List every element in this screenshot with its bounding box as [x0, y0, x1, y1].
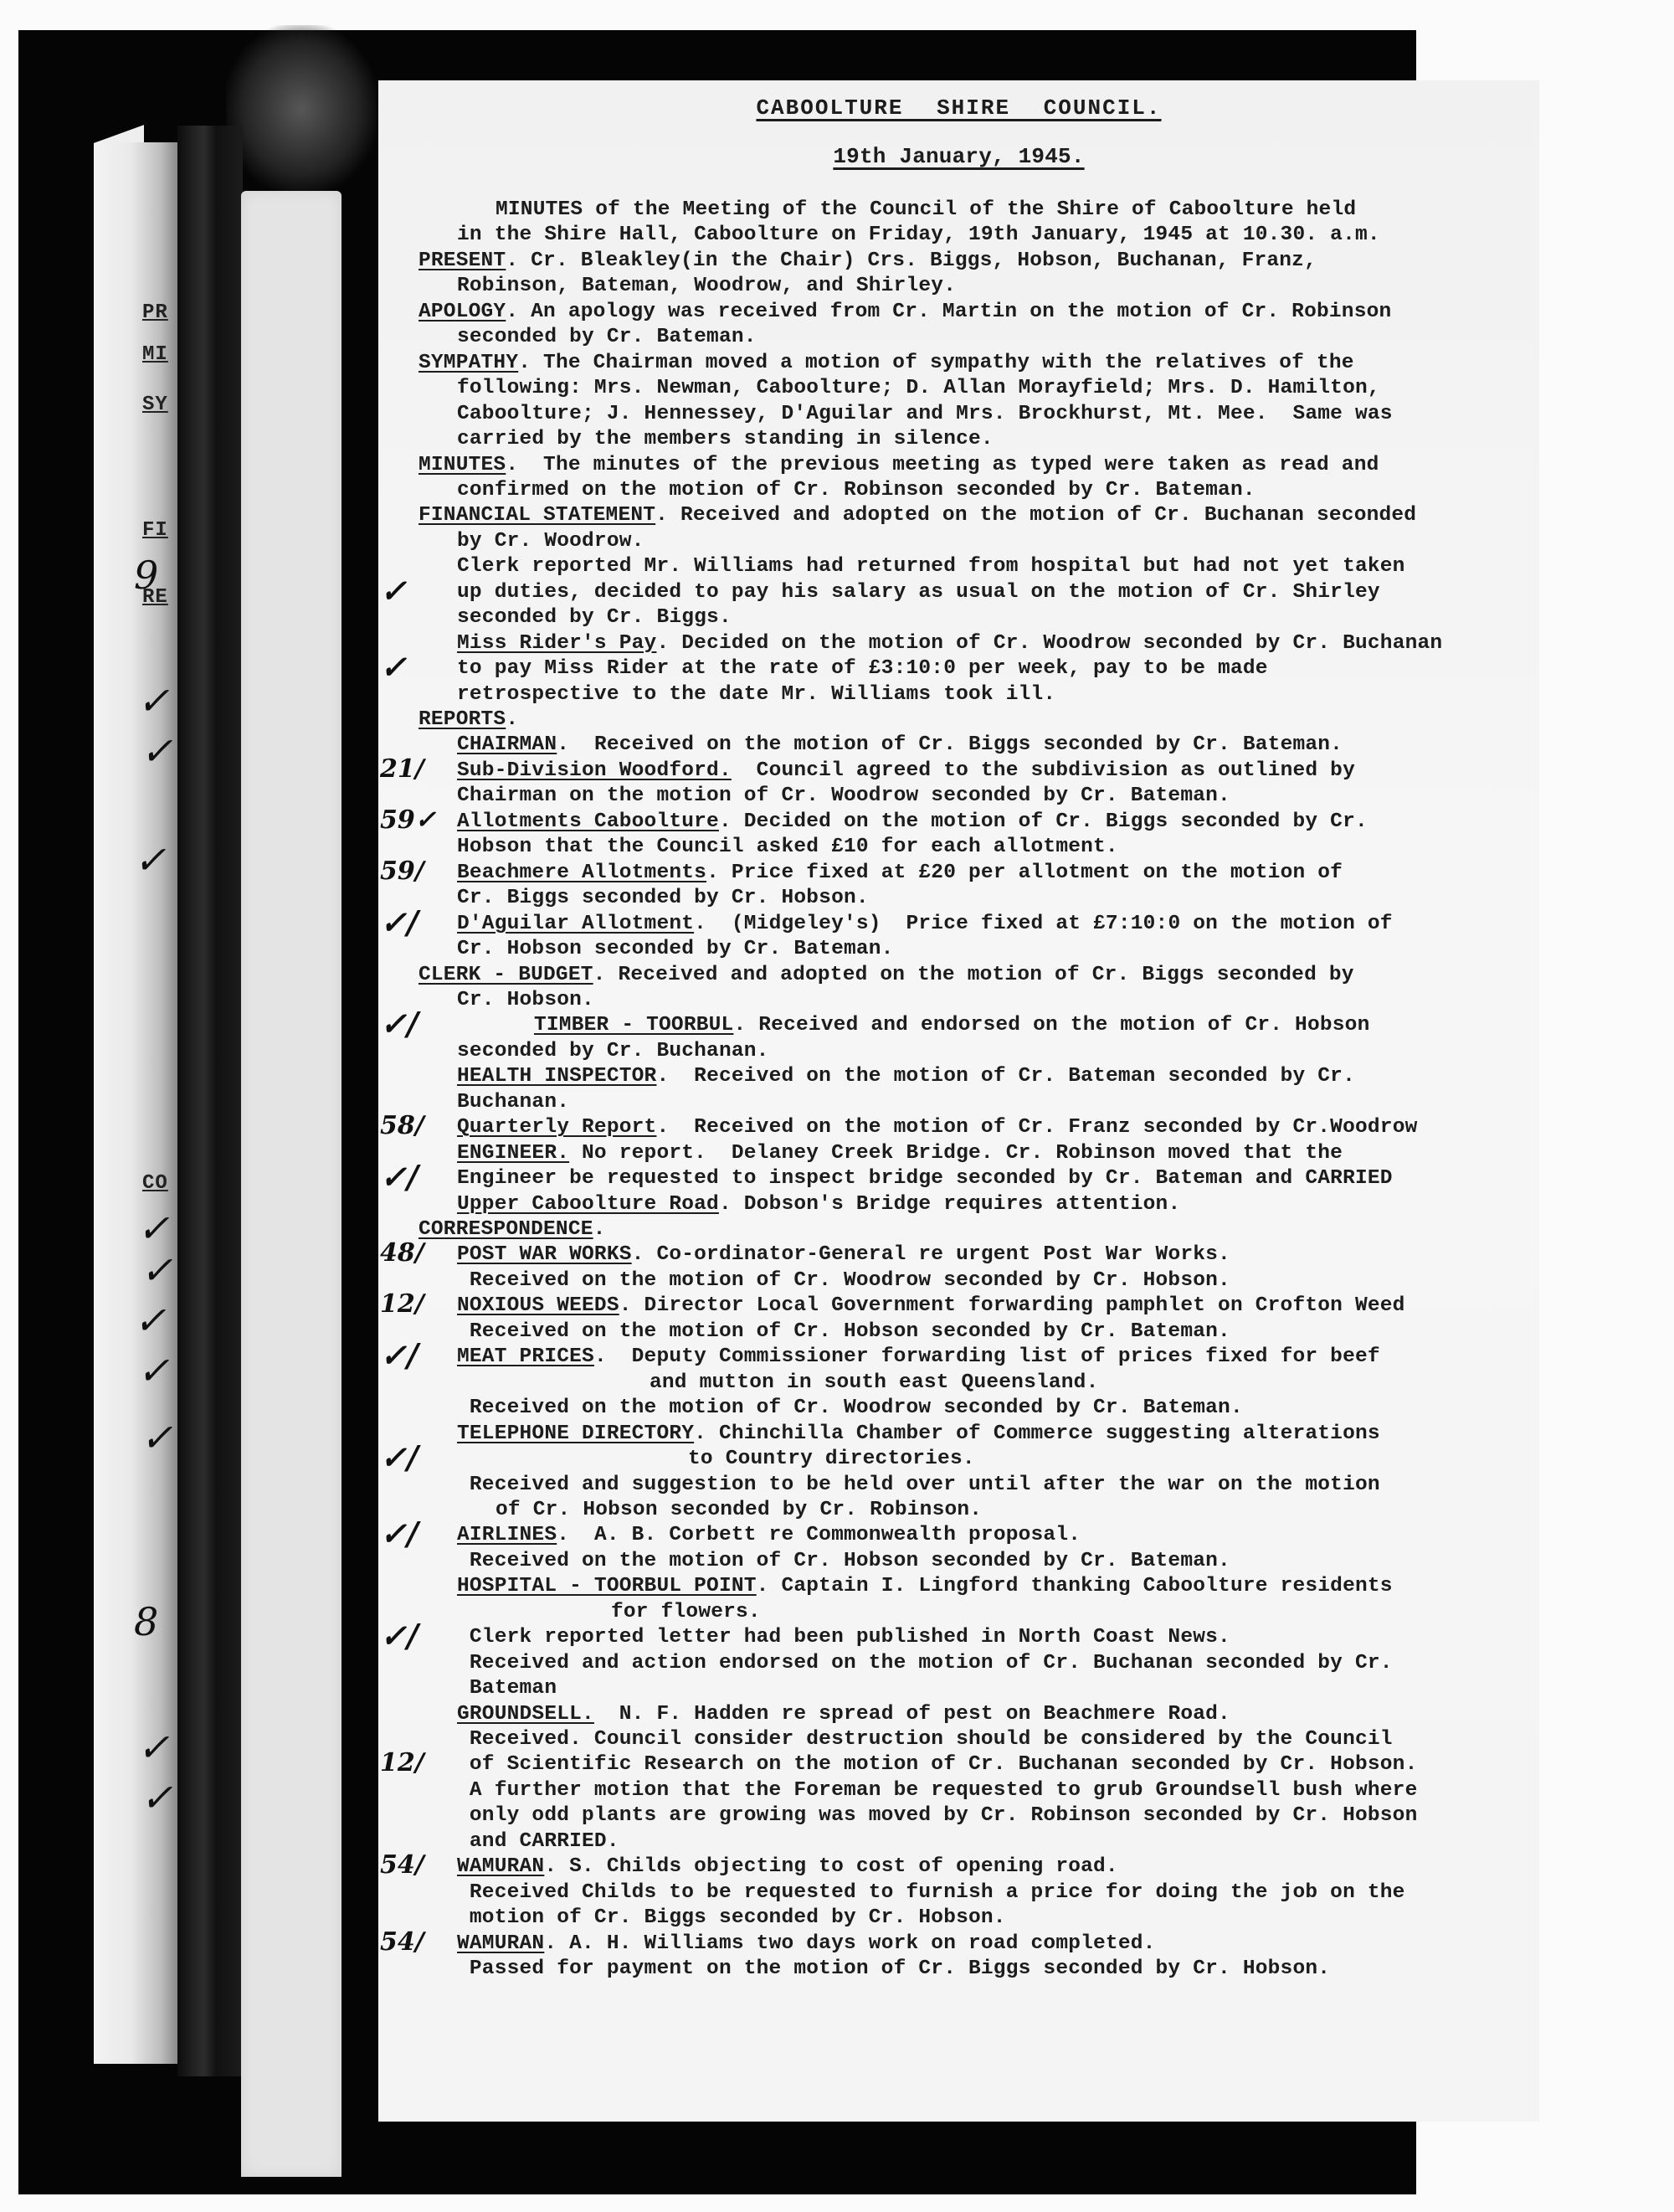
- minute-text: Cr. Hobson.: [457, 989, 594, 1011]
- minute-text-line: Received and suggestion to be held over …: [457, 1473, 1380, 1498]
- meeting-date: 19th January, 1945.: [378, 144, 1539, 169]
- underlying-heading-fragment: MI: [142, 343, 177, 366]
- minute-item-title: CHAIRMAN: [457, 733, 557, 756]
- minute-text-line: to pay Miss Rider at the rate of £3:10:0…: [457, 656, 1268, 682]
- binding-strip: [241, 191, 341, 2177]
- minute-text-line: Cr. Biggs seconded by Cr. Hobson.: [457, 886, 869, 911]
- minute-text-line: Bateman: [457, 1676, 557, 1701]
- underlying-tick-icon: ✓: [141, 1415, 173, 1460]
- handwritten-tick-icon: 54/: [380, 1926, 424, 1958]
- council-heading: CABOOLTURE SHIRE COUNCIL.: [378, 95, 1539, 121]
- handwritten-tick-icon: ✓/: [380, 1340, 418, 1371]
- minute-item-title: AIRLINES: [457, 1524, 557, 1546]
- minute-text: Received and action endorsed on the moti…: [457, 1652, 1393, 1674]
- minute-item-title: CLERK - BUDGET: [418, 964, 593, 986]
- handwritten-tick-icon: ✓/: [380, 1518, 418, 1550]
- minute-text: Robinson, Bateman, Woodrow, and Shirley.: [457, 275, 956, 297]
- council-heading-text: CABOOLTURE SHIRE COUNCIL.: [756, 95, 1161, 121]
- minute-item-title: FINANCIAL STATEMENT: [418, 504, 655, 527]
- minutes-document: CABOOLTURE SHIRE COUNCIL. 19th January, …: [378, 80, 1539, 2122]
- minute-item-title: TELEPHONE DIRECTORY: [457, 1422, 694, 1445]
- minute-text: in the Shire Hall, Caboolture on Friday,…: [457, 224, 1380, 246]
- minute-text: Cr. Biggs seconded by Cr. Hobson.: [457, 887, 869, 909]
- minute-text: Received on the motion of Cr. Hobson sec…: [457, 1320, 1230, 1343]
- minute-text: only odd plants are growing was moved by…: [457, 1804, 1417, 1827]
- minute-item-heading-line: D'Aguilar Allotment. (Midgeley's) Price …: [457, 912, 1393, 937]
- minute-item-heading-line: Upper Caboolture Road. Dobson's Bridge r…: [457, 1192, 1180, 1217]
- minute-item-title: HOSPITAL - TOORBUL POINT: [457, 1575, 757, 1597]
- minute-item-heading-line: POST WAR WORKS. Co-ordinator-General re …: [457, 1242, 1230, 1268]
- minute-item-title: REPORTS: [418, 708, 506, 731]
- minute-text: . The Chairman moved a motion of sympath…: [518, 352, 1353, 374]
- minute-item-title: CORRESPONDENCE: [418, 1218, 593, 1241]
- minute-text-line: and mutton in south east Queensland.: [650, 1371, 1099, 1396]
- minute-item-heading-line: TIMBER - TOORBUL. Received and endorsed …: [534, 1013, 1369, 1038]
- minute-item-title: SYMPATHY: [418, 352, 518, 374]
- underlying-tick-icon: ✓: [137, 1206, 170, 1251]
- minute-text: . Received on the motion of Cr. Franz se…: [656, 1116, 1417, 1139]
- minute-item-heading-line: CORRESPONDENCE.: [418, 1217, 606, 1242]
- underlying-page-strip: PRMISYFIRECO9✓✓✓✓✓✓✓✓8✓✓: [94, 142, 177, 2064]
- minute-text: Received and suggestion to be held over …: [457, 1474, 1380, 1496]
- minute-text: . Co-ordinator-General re urgent Post Wa…: [632, 1243, 1230, 1266]
- minute-item-heading-line: WAMURAN. A. H. Williams two days work on…: [457, 1932, 1156, 1957]
- minute-text: of Scientific Research on the motion of …: [457, 1753, 1417, 1776]
- minute-text-line: Engineer be requested to inspect bridge …: [457, 1166, 1393, 1191]
- minute-text-line: Cr. Hobson seconded by Cr. Bateman.: [457, 937, 894, 962]
- minute-item-title: Quarterly Report: [457, 1116, 656, 1139]
- minute-text: to Country directories.: [688, 1448, 975, 1470]
- minute-text: Cr. Hobson seconded by Cr. Bateman.: [457, 938, 894, 960]
- minute-text: seconded by Cr. Bateman.: [457, 326, 757, 348]
- minute-text: Passed for payment on the motion of Cr. …: [457, 1957, 1330, 1980]
- minute-item-heading-line: Miss Rider's Pay. Decided on the motion …: [457, 631, 1442, 656]
- underlying-heading-fragment: PR: [142, 301, 177, 324]
- minute-text-line: Received on the motion of Cr. Woodrow se…: [457, 1268, 1230, 1294]
- minute-text-line: Robinson, Bateman, Woodrow, and Shirley.: [457, 274, 956, 299]
- minute-text: . Received on the motion of Cr. Biggs se…: [557, 733, 1343, 756]
- minute-item-title: TIMBER - TOORBUL: [534, 1014, 733, 1037]
- handwritten-tick-icon: ✓: [380, 575, 407, 607]
- minute-text-line: MINUTES of the Meeting of the Council of…: [496, 198, 1356, 223]
- minute-text-line: Received on the motion of Cr. Woodrow se…: [457, 1396, 1243, 1421]
- minute-text-line: in the Shire Hall, Caboolture on Friday,…: [457, 223, 1380, 248]
- minute-item-heading-line: CHAIRMAN. Received on the motion of Cr. …: [457, 733, 1343, 758]
- underlying-tick-icon: ✓: [137, 1348, 170, 1393]
- handwritten-tick-icon: ✓/: [380, 1008, 418, 1040]
- minute-text-line: seconded by Cr. Bateman.: [457, 325, 757, 350]
- minute-text: Received on the motion of Cr. Woodrow se…: [457, 1397, 1243, 1419]
- handwritten-tick-icon: 59✓: [380, 805, 436, 836]
- minute-text: Bateman: [457, 1677, 557, 1700]
- underlying-tick-icon: ✓: [134, 1298, 167, 1343]
- minute-text-line: Caboolture; J. Hennessey, D'Aguilar and …: [457, 402, 1393, 427]
- minute-text-line: only odd plants are growing was moved by…: [457, 1803, 1417, 1829]
- minute-item-heading-line: HOSPITAL - TOORBUL POINT. Captain I. Lin…: [457, 1574, 1393, 1599]
- minute-text-line: Received on the motion of Cr. Hobson sec…: [457, 1549, 1230, 1574]
- minute-text-line: Buchanan.: [457, 1090, 569, 1115]
- minute-text: . Chinchilla Chamber of Commerce suggest…: [694, 1422, 1380, 1445]
- minute-item-heading-line: APOLOGY. An apology was received from Cr…: [418, 300, 1391, 325]
- minute-text-line: and CARRIED.: [457, 1829, 619, 1854]
- underlying-heading-fragment: FI: [142, 519, 177, 542]
- minute-text-line: confirmed on the motion of Cr. Robinson …: [457, 478, 1255, 503]
- minute-text-line: seconded by Cr. Buchanan.: [457, 1039, 769, 1064]
- minute-text-line: Passed for payment on the motion of Cr. …: [457, 1957, 1330, 1982]
- minute-item-title: POST WAR WORKS: [457, 1243, 632, 1266]
- minute-item-heading-line: Allotments Caboolture. Decided on the mo…: [457, 810, 1368, 835]
- minute-item-title: MINUTES: [418, 454, 506, 476]
- minute-text: and CARRIED.: [457, 1830, 619, 1853]
- minute-text: retrospective to the date Mr. Williams t…: [457, 683, 1055, 706]
- minute-text: Caboolture; J. Hennessey, D'Aguilar and …: [457, 403, 1393, 425]
- minute-text-line: to Country directories.: [688, 1447, 975, 1472]
- minute-item-heading-line: WAMURAN. S. Childs objecting to cost of …: [457, 1854, 1118, 1880]
- minute-text: to pay Miss Rider at the rate of £3:10:0…: [457, 657, 1268, 680]
- underlying-tick-icon: ✓: [141, 728, 173, 774]
- minute-item-heading-line: NOXIOUS WEEDS. Director Local Government…: [457, 1294, 1405, 1319]
- minute-item-title: D'Aguilar Allotment: [457, 913, 694, 935]
- minute-item-heading-line: PRESENT. Cr. Bleakley(in the Chair) Crs.…: [418, 249, 1317, 274]
- minute-item-heading-line: AIRLINES. A. B. Corbett re Commonwealth …: [457, 1523, 1081, 1548]
- minute-item-heading-line: GROUNDSELL. N. F. Hadden re spread of pe…: [457, 1702, 1230, 1727]
- minute-item-heading-line: TELEPHONE DIRECTORY. Chinchilla Chamber …: [457, 1422, 1380, 1447]
- minute-text: . A. B. Corbett re Commonwealth proposal…: [557, 1524, 1081, 1546]
- binding-gap: [177, 126, 243, 2076]
- underlying-tick-icon: 9: [134, 553, 158, 598]
- underlying-tick-icon: ✓: [141, 1775, 173, 1820]
- minute-text: . Director Local Government forwarding p…: [619, 1294, 1405, 1317]
- minute-text-line: Received Childs to be requested to furni…: [457, 1880, 1405, 1906]
- minute-text-line: Clerk reported Mr. Williams had returned…: [457, 554, 1405, 579]
- minute-item-heading-line: MINUTES. The minutes of the previous mee…: [418, 453, 1379, 478]
- underlying-heading-fragment: CO: [142, 1172, 177, 1195]
- minute-text: . Received and adopted on the motion of …: [655, 504, 1416, 527]
- minute-text-line: Cr. Hobson.: [457, 988, 594, 1013]
- minute-text: Engineer be requested to inspect bridge …: [457, 1167, 1393, 1190]
- minute-text: . Cr. Bleakley(in the Chair) Crs. Biggs,…: [506, 249, 1317, 272]
- minute-item-title: WAMURAN: [457, 1932, 544, 1955]
- minute-text: Chairman on the motion of Cr. Woodrow se…: [457, 784, 1230, 807]
- handwritten-tick-icon: ✓: [380, 651, 407, 683]
- minute-text: seconded by Cr. Buchanan.: [457, 1040, 769, 1062]
- minute-text: . Received and adopted on the motion of …: [593, 964, 1354, 986]
- minute-text-line: by Cr. Woodrow.: [457, 529, 644, 554]
- minute-item-title: APOLOGY: [418, 301, 506, 323]
- handwritten-tick-icon: ✓/: [380, 1620, 418, 1652]
- underlying-tick-icon: ✓: [137, 678, 170, 723]
- minute-text: . Decided on the motion of Cr. Biggs sec…: [719, 810, 1368, 833]
- minute-item-title: HEALTH INSPECTOR: [457, 1065, 656, 1088]
- minute-item-heading-line: Sub-Division Woodford. Council agreed to…: [457, 759, 1355, 784]
- minute-item-heading-line: SYMPATHY. The Chairman moved a motion of…: [418, 351, 1354, 376]
- handwritten-tick-icon: ✓/: [380, 1161, 418, 1193]
- minute-text: . Price fixed at £20 per allotment on th…: [706, 862, 1343, 884]
- minute-text: by Cr. Woodrow.: [457, 530, 644, 553]
- underlying-heading-fragment: SY: [142, 394, 177, 416]
- minute-text: . Dobson's Bridge requires attention.: [719, 1193, 1180, 1216]
- handwritten-tick-icon: 58/: [380, 1110, 424, 1142]
- minute-text-line: Chairman on the motion of Cr. Woodrow se…: [457, 784, 1230, 809]
- minute-text: up duties, decided to pay his salary as …: [457, 581, 1380, 604]
- minute-text: Received. Council consider destruction s…: [457, 1728, 1393, 1751]
- minute-text: . S. Childs objecting to cost of opening…: [544, 1855, 1118, 1878]
- minute-item-heading-line: HEALTH INSPECTOR. Received on the motion…: [457, 1064, 1355, 1089]
- minute-text: Received Childs to be requested to furni…: [457, 1881, 1405, 1904]
- minute-text: A further motion that the Foreman be req…: [457, 1779, 1417, 1802]
- minute-item-heading-line: Quarterly Report. Received on the motion…: [457, 1115, 1418, 1140]
- handwritten-tick-icon: 21/: [380, 754, 424, 785]
- minute-item-title: ENGINEER.: [457, 1142, 569, 1165]
- minute-text-line: Hobson that the Council asked £10 for ea…: [457, 835, 1118, 860]
- minute-text: Received on the motion of Cr. Hobson sec…: [457, 1550, 1230, 1572]
- handwritten-tick-icon: 12/: [380, 1289, 424, 1320]
- minute-item-title: WAMURAN: [457, 1855, 544, 1878]
- minute-item-title: MEAT PRICES: [457, 1345, 594, 1368]
- minute-text: . An apology was received from Cr. Marti…: [506, 301, 1391, 323]
- minute-text: motion of Cr. Biggs seconded by Cr. Hobs…: [457, 1906, 1006, 1929]
- minute-text-line: Received on the motion of Cr. Hobson sec…: [457, 1319, 1230, 1345]
- minute-item-heading-line: Beachmere Allotments. Price fixed at £20…: [457, 861, 1343, 886]
- underlying-tick-icon: ✓: [137, 1725, 170, 1770]
- minute-item-title: PRESENT: [418, 249, 506, 272]
- minute-text-line: retrospective to the date Mr. Williams t…: [457, 682, 1055, 707]
- minute-text: of Cr. Hobson seconded by Cr. Robinson.: [496, 1499, 982, 1521]
- minute-item-title: GROUNDSELL.: [457, 1703, 594, 1726]
- minute-text-line: for flowers.: [611, 1600, 761, 1625]
- minute-item-heading-line: FINANCIAL STATEMENT. Received and adopte…: [418, 503, 1416, 528]
- minute-text-line: seconded by Cr. Biggs.: [457, 605, 732, 630]
- minute-text: . A. H. Williams two days work on road c…: [544, 1932, 1155, 1955]
- handwritten-tick-icon: 54/: [380, 1849, 424, 1881]
- minute-text-line: carried by the members standing in silen…: [457, 427, 994, 452]
- minute-item-title: Sub-Division Woodford.: [457, 759, 732, 782]
- minute-text: .: [593, 1218, 606, 1241]
- minute-text: Clerk reported Mr. Williams had returned…: [457, 555, 1405, 578]
- handwritten-tick-icon: ✓/: [380, 1442, 418, 1474]
- minute-item-heading-line: CLERK - BUDGET. Received and adopted on …: [418, 963, 1354, 988]
- underlying-tick-icon: ✓: [141, 1247, 173, 1293]
- minute-text-line: Received. Council consider destruction s…: [457, 1727, 1393, 1752]
- minute-text-line: A further motion that the Foreman be req…: [457, 1778, 1417, 1803]
- minute-item-heading-line: REPORTS.: [418, 707, 518, 733]
- minute-item-title: Upper Caboolture Road: [457, 1193, 719, 1216]
- minute-text-line: of Scientific Research on the motion of …: [457, 1752, 1417, 1777]
- meeting-date-text: 19th January, 1945.: [833, 144, 1084, 169]
- handwritten-tick-icon: 48/: [380, 1237, 424, 1269]
- minute-text: . Deputy Commissioner forwarding list of…: [594, 1345, 1380, 1368]
- minute-item-heading-line: MEAT PRICES. Deputy Commissioner forward…: [457, 1345, 1380, 1370]
- minute-text: seconded by Cr. Biggs.: [457, 606, 732, 629]
- minute-text: carried by the members standing in silen…: [457, 428, 994, 450]
- minute-text: and mutton in south east Queensland.: [650, 1371, 1099, 1394]
- minute-text: . The minutes of the previous meeting as…: [506, 454, 1379, 476]
- minute-text: . (Midgeley's) Price fixed at £7:10:0 on…: [694, 913, 1393, 935]
- backdrop-smudge: [226, 25, 377, 193]
- minute-text: Received on the motion of Cr. Woodrow se…: [457, 1269, 1230, 1292]
- minute-text: Council agreed to the subdivision as out…: [732, 759, 1355, 782]
- minute-text: for flowers.: [611, 1601, 761, 1623]
- minutes-page: CABOOLTURE SHIRE COUNCIL. 19th January, …: [378, 80, 1539, 2122]
- minute-text-line: Clerk reported letter had been published…: [457, 1625, 1230, 1650]
- minute-text: No report. Delaney Creek Bridge. Cr. Rob…: [569, 1142, 1343, 1165]
- minute-text: .: [506, 708, 518, 731]
- minute-text: confirmed on the motion of Cr. Robinson …: [457, 479, 1255, 502]
- minute-text-line: of Cr. Hobson seconded by Cr. Robinson.: [496, 1498, 982, 1523]
- minute-item-title: NOXIOUS WEEDS: [457, 1294, 619, 1317]
- minute-text-line: motion of Cr. Biggs seconded by Cr. Hobs…: [457, 1906, 1006, 1931]
- minute-text: Buchanan.: [457, 1091, 569, 1114]
- minute-item-title: Allotments Caboolture: [457, 810, 719, 833]
- minute-text: N. F. Hadden re spread of pest on Beachm…: [594, 1703, 1230, 1726]
- minute-item-title: Miss Rider's Pay: [457, 632, 656, 655]
- handwritten-tick-icon: 12/: [380, 1747, 424, 1779]
- minute-item-title: Beachmere Allotments: [457, 862, 706, 884]
- minute-text: Hobson that the Council asked £10 for ea…: [457, 836, 1118, 858]
- minute-text: . Decided on the motion of Cr. Woodrow s…: [656, 632, 1442, 655]
- minute-text-line: following: Mrs. Newman, Caboolture; D. A…: [457, 376, 1380, 401]
- minute-text: MINUTES of the Meeting of the Council of…: [496, 198, 1356, 221]
- minute-text-line: Received and action endorsed on the moti…: [457, 1651, 1393, 1676]
- minute-text: Clerk reported letter had been published…: [457, 1626, 1230, 1649]
- minute-text: following: Mrs. Newman, Caboolture; D. A…: [457, 377, 1380, 399]
- underlying-tick-icon: 8: [134, 1599, 158, 1644]
- handwritten-tick-icon: ✓/: [380, 907, 418, 939]
- minute-text: . Received and endorsed on the motion of…: [733, 1014, 1369, 1037]
- handwritten-tick-icon: 59/: [380, 856, 424, 887]
- underlying-tick-icon: ✓: [134, 837, 167, 882]
- minute-text-line: up duties, decided to pay his salary as …: [457, 580, 1380, 605]
- minute-item-heading-line: ENGINEER. No report. Delaney Creek Bridg…: [457, 1141, 1343, 1166]
- minute-text: . Captain I. Lingford thanking Cabooltur…: [757, 1575, 1393, 1597]
- minute-text: . Received on the motion of Cr. Bateman …: [656, 1065, 1355, 1088]
